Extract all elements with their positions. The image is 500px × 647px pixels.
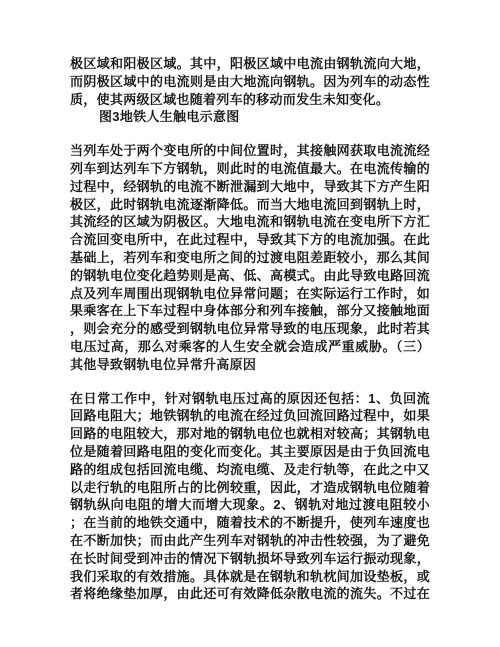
paragraph: 极区域和阳极区域。其中，阳极区域中电流由钢轨流向大地，而阴极区域中的电流则是由大… (70, 55, 430, 108)
paragraph: 当列车处于两个变电所的中间位置时，其接触网获取电流流经列车到达列车下方钢轨，则此… (70, 142, 430, 373)
document-text: 极区域和阳极区域。其中，阳极区域中电流由钢轨流向大地，而阴极区域中的电流则是由大… (70, 55, 430, 619)
text-line: ；在当前的地铁交通中，随着技术的不断提升，使列车速度也 (70, 514, 430, 532)
text-line: 在不断加快；而由此产生列车对钢轨的冲击性较强，为了避免 (70, 532, 430, 550)
text-line: 而阴极区域中的电流则是由大地流向钢轨。因为列车的动态性 (70, 73, 430, 91)
text-line: 在日常工作中，针对钢轨电压过高的原因还包括：1、负回流 (70, 390, 430, 408)
text-line: 其他导致钢轨电位异常升高原因 (70, 356, 430, 374)
text-line: 路的组成包括回流电缆、均流电缆、及走行轨等，在此之中又 (70, 461, 430, 479)
text-line: 以走行轨的电阻所占的比例较重，因此，才造成钢轨电位随着 (70, 479, 430, 497)
text-line: ，则会充分的感受到钢轨电位异常导致的电压现象，此时若其 (70, 320, 430, 338)
text-line: 列车到达列车下方钢轨，则此时的电流值最大。在电流传输的 (70, 160, 430, 178)
figure-caption-line: 图3地铁人生触电示意图 (70, 108, 430, 126)
text-line: 回路的电阻较大，那对地的钢轨电位也就相对较高；其钢轨电 (70, 425, 430, 443)
text-line: 极区域和阳极区域。其中，阳极区域中电流由钢轨流向大地， (70, 55, 430, 73)
document-page: 极区域和阳极区域。其中，阳极区域中电流由钢轨流向大地，而阴极区域中的电流则是由大… (0, 0, 500, 647)
text-line: 我们采取的有效措施。具体就是在钢轨和轨枕间加设垫板，或 (70, 568, 430, 586)
text-line: 过程中，经钢轨的电流不断泄漏到大地中，导致其下方产生阳 (70, 178, 430, 196)
text-line: 合流回变电所中，在此过程中，导致其下方的电流加强。在此 (70, 231, 430, 249)
text-line: 回路电阻大；地铁钢轨的电流在经过负回流回路过程中，如果 (70, 407, 430, 425)
text-line: 点及列车周围出现钢轨电位异常问题；在实际运行工作时，如 (70, 285, 430, 303)
text-line: 其流经的区域为阴极区。大地电流和钢轨电流在变电所下方汇 (70, 213, 430, 231)
text-line: 的钢轨电位变化趋势则是高、低、高模式。由此导致电路回流 (70, 267, 430, 285)
paragraph: 在日常工作中，针对钢轨电压过高的原因还包括：1、负回流回路电阻大；地铁钢轨的电流… (70, 390, 430, 604)
figure-caption: 图3地铁人生触电示意图 (70, 108, 430, 126)
text-line: 质，使其两级区域也随着列车的移动而发生未知变化。 (70, 91, 430, 109)
text-line: 在长时间受到冲击的情况下钢轨损坏导致列车运行振动现象， (70, 550, 430, 568)
text-line: 电压过高，那么对乘客的人生安全就会造成严重威胁。（三） (70, 338, 430, 356)
text-line: 位是随着回路电阻的变化而变化。其主要原因是由于负回流电 (70, 443, 430, 461)
text-line: 者将绝缘垫加厚，由此还可有效降低杂散电流的流失。不过在 (70, 585, 430, 603)
text-line: 当列车处于两个变电所的中间位置时，其接触网获取电流流经 (70, 142, 430, 160)
text-line: 钢轨纵向电阻的增大而增大现象。2、钢轨对地过渡电阻较小 (70, 496, 430, 514)
text-line: 果乘客在上下车过程中身体部分和列车接触，部分又接触地面 (70, 302, 430, 320)
text-line: 极区，此时钢轨电流逐渐降低。而当大地电流回到钢轨上时， (70, 196, 430, 214)
text-line: 基础上，若列车和变电所之间的过渡电阻差距较小，那么其间 (70, 249, 430, 267)
